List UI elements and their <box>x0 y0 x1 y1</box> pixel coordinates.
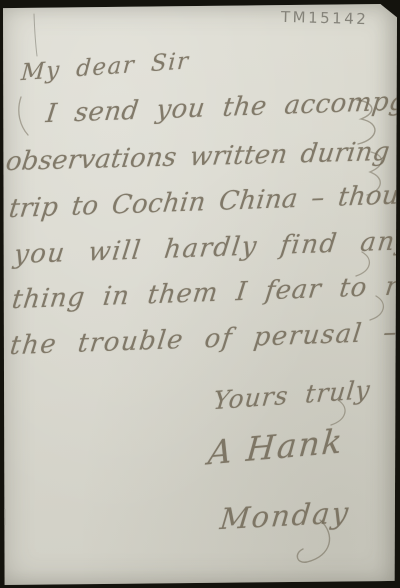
signature: A Hank <box>207 421 346 472</box>
letter-line: you will hardly find any <box>12 226 400 270</box>
catalog-number: TM15142 <box>281 8 369 28</box>
letter-line: trip to Cochin China – though <box>7 179 400 224</box>
letter-photograph: TM15142 My dear Sir I send you the accom… <box>0 0 400 588</box>
letter-line: the trouble of perusal – <box>8 317 399 361</box>
date-line: Monday <box>218 495 351 536</box>
paper-edge-notch <box>3 509 6 525</box>
salutation-line: My dear Sir <box>20 48 190 86</box>
letter-paper: TM15142 My dear Sir I send you the accom… <box>3 4 397 585</box>
letter-line: thing in them I fear to repay <box>10 269 400 315</box>
letter-line: I send you the accompg <box>44 86 400 129</box>
closing-line: Yours truly <box>212 375 372 415</box>
letter-line: observations written during my <box>4 136 400 178</box>
